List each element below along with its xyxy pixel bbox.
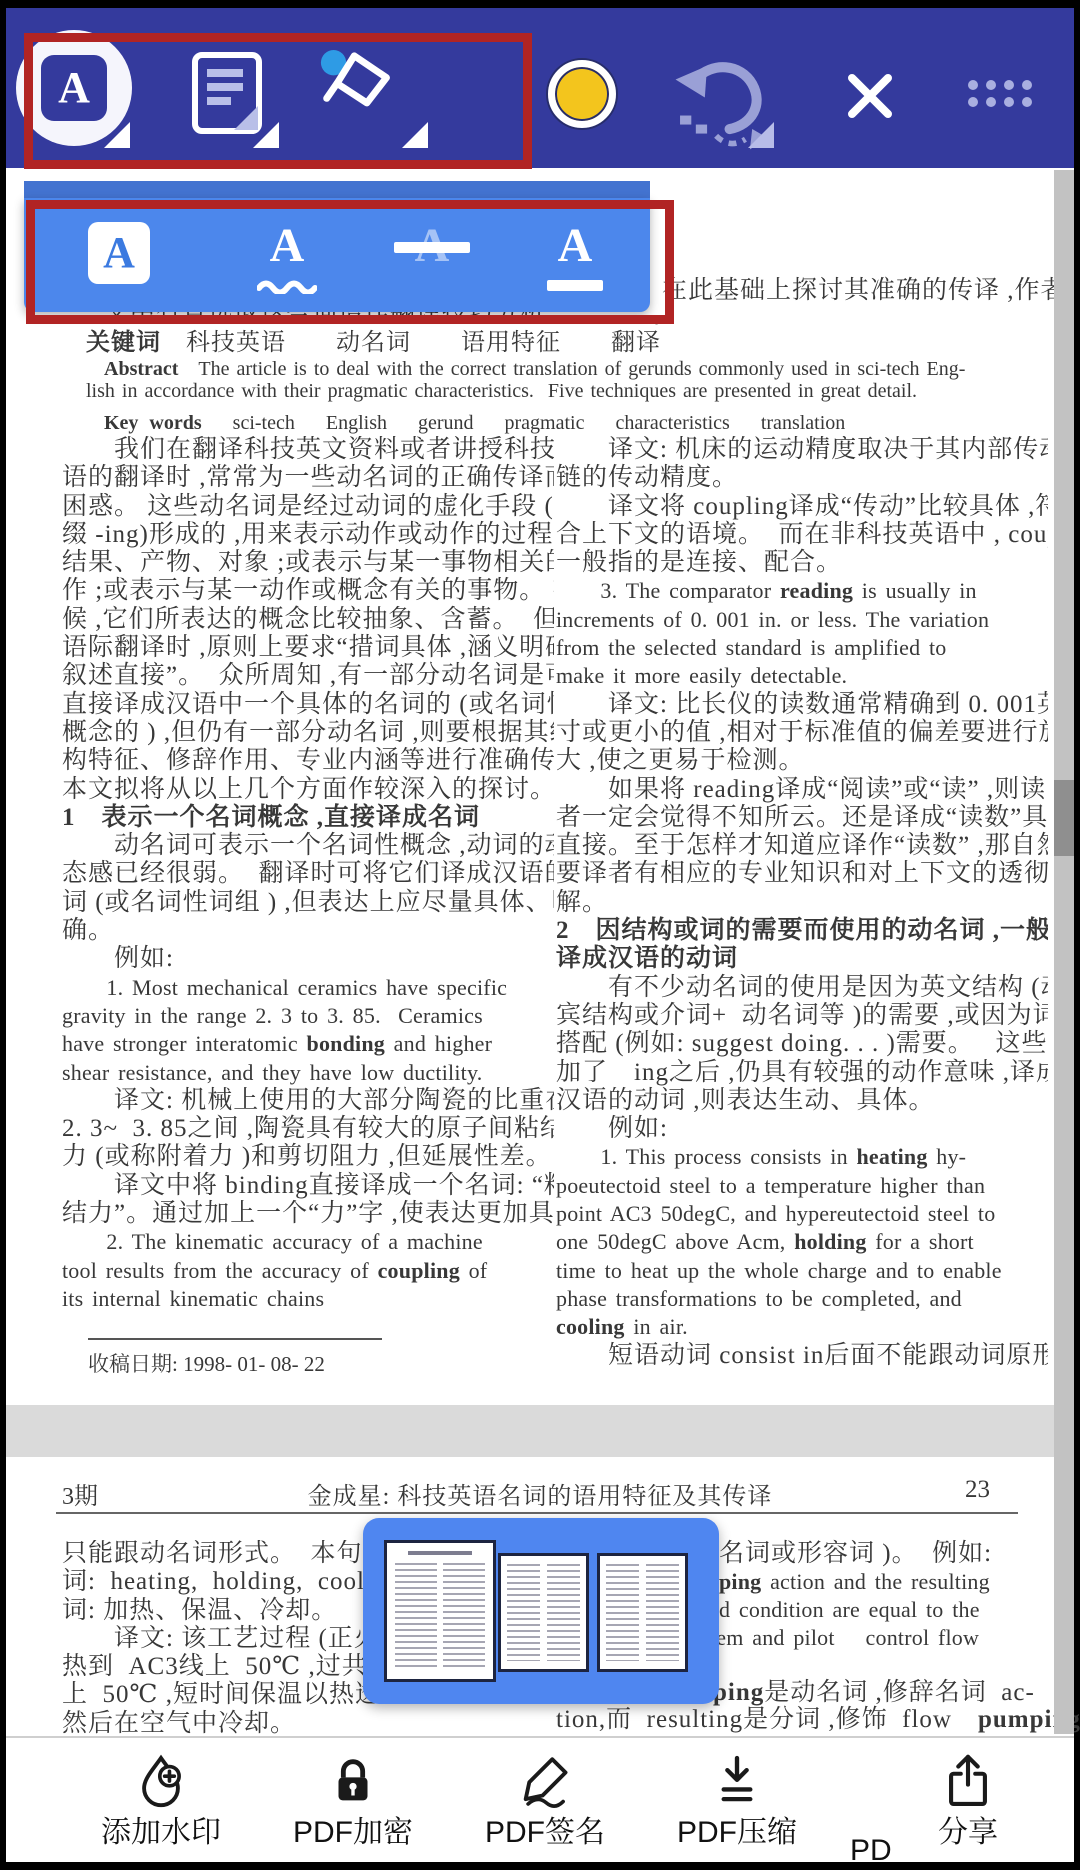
footnote-rule	[88, 1338, 382, 1340]
text-line: its internal kinematic chains	[62, 1285, 554, 1313]
thumbnail-page-2[interactable]	[498, 1553, 589, 1672]
text-line: phase transformations to be completed, a…	[556, 1285, 1048, 1313]
text-line: 叙述直接”。 众所周知 ,有一部分动名词是可以	[62, 662, 554, 690]
text-line: 本文拟将从以上几个方面作较深入的探讨。	[62, 776, 554, 804]
text-line: 如果将 reading译成“阅读”或“读” ,则读	[556, 776, 1048, 804]
abstract-line-2: lish in accordance with their pragmatic …	[86, 380, 917, 403]
text-line: 名词或形容词 )。 例如:	[719, 1540, 992, 1568]
text-line: 2. 3~ 3. 85之间 ,陶瓷具有较大的原子间粘结	[62, 1115, 554, 1143]
text-line: 2 因结构或词的需要而使用的动名词 ,一般可	[556, 917, 1048, 945]
add-watermark-button[interactable]: 添加水印	[76, 1752, 246, 1850]
text-line: 例如:	[556, 1115, 1048, 1143]
share-label: 分享	[883, 1816, 1053, 1850]
text-line: 一般指的是连接、配合。	[556, 549, 1048, 577]
lock-icon	[324, 1752, 382, 1810]
add-watermark-label: 添加水印	[76, 1816, 246, 1850]
text-line: 合上下文的语境。 而在非科技英语中 , coupling	[556, 521, 1048, 549]
text-line: 然后在空气中冷却。	[62, 1710, 554, 1738]
text-line: have stronger interatomic bonding and hi…	[62, 1030, 554, 1058]
text-line: make it more easily detectable.	[556, 662, 1048, 690]
text-line: 态感已经很弱。 翻译时可将它们译成汉语的名	[62, 860, 554, 888]
text-line: 力 (或称附着力 )和剪切阻力 ,但延展性差。	[62, 1143, 554, 1171]
text-line: 解。	[556, 889, 1048, 917]
text-line: 搭配 (例如: suggest doing. . . )需要。 这些动词	[556, 1030, 1048, 1058]
page1-left-column: 我们在翻译科技英文资料或者讲授科技英语的翻译时 ,常常为一些动名词的正确传译而困…	[62, 436, 554, 1313]
pdf-encrypt-button[interactable]: PDF加密	[268, 1752, 438, 1850]
text-line: 缀 -ing)形成的 ,用来表示动作或动作的过程、	[62, 521, 554, 549]
text-line: 1. Most mechanical ceramics have specifi…	[62, 974, 554, 1002]
text-line: 寸或更小的值 ,相对于标准值的偏差要进行放	[556, 719, 1048, 747]
app-screen: 在此基础上探讨其准确的传译 ,作者 文中有意选取这些词语作翻译技巧分析 。 关键…	[0, 0, 1080, 1870]
text-line: 宾结构或介词+ 动名词等 )的需要 ,或因为词的	[556, 1002, 1048, 1030]
text-line: 语际翻译时 ,原则上要求“措词具体 ,涵义明确、	[62, 634, 554, 662]
watermark-icon	[132, 1752, 190, 1810]
scrollbar-track[interactable]	[1054, 170, 1074, 1734]
red-annotation-rect-toolbar	[24, 33, 532, 169]
page1-right-column: 译文: 机床的运动精度取决于其内部传动链的传动精度。 译文将 coupling译…	[556, 436, 1048, 1370]
text-line: 结果、产物、对象 ;或表示与某一事物相关的动	[62, 549, 554, 577]
text-line: poeutectoid steel to a temperature highe…	[556, 1172, 1048, 1200]
text-line: time to heat up the whole charge and to …	[556, 1257, 1048, 1285]
page-thumbnails-popup	[363, 1518, 719, 1704]
page-gap	[6, 1405, 1074, 1457]
text-line: 译文将 coupling译成“传动”比较具体 ,符	[556, 493, 1048, 521]
compress-icon	[708, 1752, 766, 1810]
text-line: increments of 0. 001 in. or less. The va…	[556, 606, 1048, 634]
text-line: point AC3 50degC, and hypereutectoid ste…	[556, 1200, 1048, 1228]
text-line: one 50degC above Acm, holding for a shor…	[556, 1228, 1048, 1256]
text-line: 加了 ing之后 ,仍具有较强的动作意味 ,译成	[556, 1059, 1048, 1087]
text-line: 大 ,使之更易于检测。	[556, 747, 1048, 775]
text-line: 词 (或名词性词组 ) ,但表达上应尽量具体、明	[62, 889, 554, 917]
text-line: ping action and the resulting	[719, 1568, 990, 1596]
text-line: 语的翻译时 ,常常为一些动名词的正确传译而	[62, 464, 554, 492]
text-line: 译文中将 binding直接译成一个名词: “粘	[62, 1172, 554, 1200]
text-line: d condition are equal to the	[719, 1596, 980, 1624]
text-line: 我们在翻译科技英文资料或者讲授科技英	[62, 436, 554, 464]
text-line: 困惑。 这些动名词是经过动词的虚化手段 (加词	[62, 493, 554, 521]
red-annotation-rect-popup	[26, 200, 674, 324]
text-line: 构特征、修辞作用、专业内涵等进行准确传译。	[62, 747, 554, 775]
text-line: ping是动名词 ,修辞名词 ac-	[713, 1679, 1035, 1707]
text-line: 2. The kinematic accuracy of a machine	[62, 1228, 554, 1256]
share-button[interactable]: 分享	[883, 1752, 1053, 1850]
text-line: tool results from the accuracy of coupli…	[62, 1257, 554, 1285]
text-line: ystem and pilot control flow	[690, 1624, 979, 1652]
page2-header-rule	[56, 1512, 1018, 1514]
text-line: 概念的 ) ,但仍有一部分动名词 ,则要根据其结	[62, 719, 554, 747]
pdf-sign-label: PDF签名	[460, 1816, 630, 1850]
text-line: 作 ;或表示与某一动作或概念有关的事物。 有时	[62, 577, 554, 605]
text-line: 有不少动名词的使用是因为英文结构 (动	[556, 974, 1048, 1002]
text-line: 3. The comparator reading is usually in	[556, 577, 1048, 605]
text-line: 译文: 比长仪的读数通常精确到 0. 001英	[556, 691, 1048, 719]
abstract-line-1: Abstract The article is to deal with the…	[104, 352, 965, 381]
occluded-paragraph-line: 在此基础上探讨其准确的传译 ,作者	[662, 270, 1067, 306]
text-line: 要译者有相应的专业知识和对上下文的透彻理	[556, 860, 1048, 888]
text-line: 者一定会觉得不知所云。还是译成“读数”具体、	[556, 804, 1048, 832]
signature-icon	[516, 1752, 574, 1810]
received-date: 收稿日期: 1998- 01- 08- 22	[88, 1348, 325, 1378]
keywords-en-line: Key words sci-tech English gerund pragma…	[104, 406, 845, 435]
text-line: 动名词可表示一个名词性概念 ,动词的动	[62, 832, 554, 860]
text-line: shear resistance, and they have low duct…	[62, 1059, 554, 1087]
style-popup-shadow-band	[24, 181, 650, 198]
text-line: 译成汉语的动词	[556, 945, 1048, 973]
text-line: cooling in air.	[556, 1313, 1048, 1341]
text-line: 1. This process consists in heating hy-	[556, 1143, 1048, 1171]
pdf-encrypt-label: PDF加密	[268, 1816, 438, 1850]
text-line: 译文: 机床的运动精度取决于其内部传动	[556, 436, 1048, 464]
text-line: gravity in the range 2. 3 to 3. 85. Cera…	[62, 1002, 554, 1030]
pdf-compress-button[interactable]: PDF压缩	[652, 1752, 822, 1850]
share-icon	[939, 1752, 997, 1810]
text-line: 直接译成汉语中一个具体的名词的 (或名词性	[62, 691, 554, 719]
text-line: 1 表示一个名词概念 ,直接译成名词	[62, 804, 554, 832]
bottom-toolbar: 添加水印 PDF加密 PDF签名 PDF压缩	[6, 1738, 1074, 1862]
text-line: 候 ,它们所表达的概念比较抽象、含蓄。 但在跨	[62, 606, 554, 634]
thumbnail-page-3[interactable]	[597, 1553, 688, 1672]
text-line: 汉语的动词 ,则表达生动、具体。	[556, 1087, 1048, 1115]
text-line: 直接。至于怎样才知道应译作“读数” ,那自然需	[556, 832, 1048, 860]
text-line: 例如:	[62, 945, 554, 973]
scrollbar-thumb[interactable]	[1054, 780, 1074, 856]
text-line: tion,而 resulting是分词 ,修饰 flow pumping	[556, 1706, 1080, 1734]
text-line: 结力”。通过加上一个“力”字 ,使表达更加具体。	[62, 1200, 554, 1228]
text-line: 短语动词 consist in后面不能跟动词原形 ,	[556, 1342, 1048, 1370]
thumbnail-page-1-current[interactable]	[384, 1540, 496, 1682]
text-line: 译文: 机械上使用的大部分陶瓷的比重在	[62, 1087, 554, 1115]
pdf-sign-button[interactable]: PDF签名	[460, 1752, 630, 1850]
page2-number: 23	[880, 1476, 990, 1504]
text-line: 确。	[62, 917, 554, 945]
pdf-compress-label: PDF压缩	[652, 1816, 822, 1850]
text-line: 链的传动精度。	[556, 464, 1048, 492]
text-line: from the selected standard is amplified …	[556, 634, 1048, 662]
